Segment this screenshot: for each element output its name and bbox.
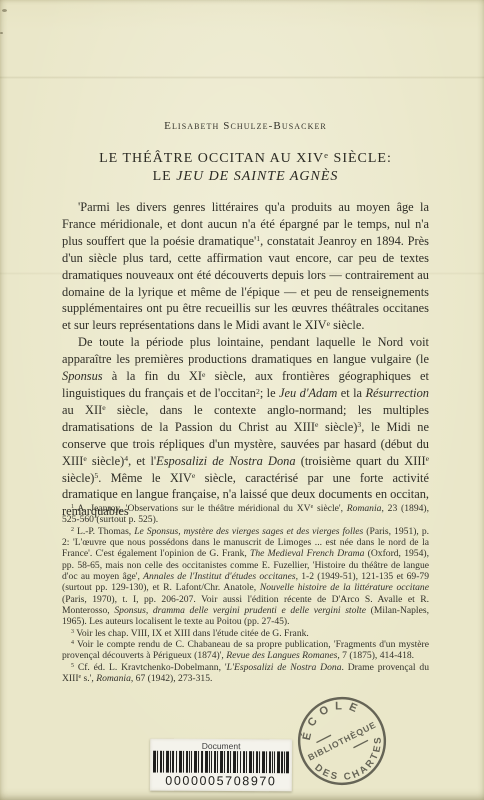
scan-speck bbox=[2, 9, 7, 12]
scan-speck bbox=[0, 32, 3, 34]
barcode-bars-icon bbox=[153, 751, 289, 774]
body-paragraph: De toute la période plus lointaine, pend… bbox=[62, 334, 429, 520]
barcode-caption: Document bbox=[150, 739, 292, 752]
article-body: 'Parmi les divers genres littéraires qu'… bbox=[62, 199, 429, 520]
title-line-2: LE JEU DE SAINTE AGNÈS bbox=[42, 168, 449, 186]
stamp-dash bbox=[353, 740, 368, 747]
barcode-sticker: Document 0000005708970 bbox=[150, 739, 292, 792]
title-line-1: LE THÉÂTRE OCCITAN AU XIVe SIÈCLE: bbox=[42, 150, 449, 168]
article-title: LE THÉÂTRE OCCITAN AU XIVe SIÈCLE: LE JE… bbox=[42, 150, 449, 185]
footnotes-block: 1 A. Jeanroy, 'Observations sur le théât… bbox=[62, 503, 429, 685]
footnote: 1 A. Jeanroy, 'Observations sur le théât… bbox=[62, 503, 429, 526]
body-paragraph: 'Parmi les divers genres littéraires qu'… bbox=[62, 199, 429, 334]
scanned-page: Elisabeth Schulze-Busacker LE THÉÂTRE OC… bbox=[0, 0, 484, 800]
footnote: 4 Voir le compte rendu de C. Chabaneau d… bbox=[62, 639, 429, 662]
footnote: 2 L.-P. Thomas, Le Sponsus, mystère des … bbox=[62, 526, 429, 628]
scan-crease bbox=[0, 76, 484, 79]
library-stamp-icon: ÉCOLE DES CHARTES BIBLIOTHÈQUE bbox=[291, 690, 393, 792]
barcode-number: 0000005708970 bbox=[150, 773, 292, 790]
footnote: 5 Cf. éd. L. Kravtchenko-Dobelmann, 'L'E… bbox=[62, 662, 429, 685]
author-line: Elisabeth Schulze-Busacker bbox=[62, 120, 429, 132]
footnote: 3 Voir les chap. VIII, IX et XIII dans l… bbox=[62, 628, 429, 639]
